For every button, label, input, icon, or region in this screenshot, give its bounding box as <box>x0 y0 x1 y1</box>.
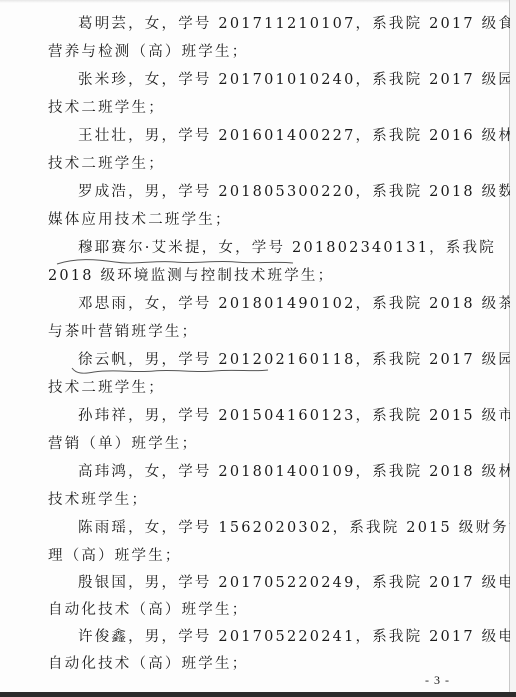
entry-5-line-1: 穆耶赛尔·艾米提，女，学号 201802340131，系我院 <box>78 238 496 258</box>
entry-2-line-2: 技术二班学生； <box>48 98 165 118</box>
entry-8-line-2: 营销（单）班学生； <box>48 434 198 454</box>
entry-7-line-1: 徐云帆，男，学号 201202160118，系我院 2017 级园艺 <box>78 350 516 370</box>
scan-right-margin <box>510 0 516 692</box>
entry-6-line-2: 与茶叶营销班学生； <box>48 322 198 342</box>
entry-5-line-2: 2018 级环境监测与控制技术班学生； <box>48 266 334 286</box>
entry-7-line-2: 技术二班学生； <box>48 378 165 398</box>
entry-10-line-1: 陈雨瑶，女，学号 1562020302，系我院 2015 级财务管 <box>78 518 516 538</box>
entry-12-line-1: 许俊鑫，男，学号 201705220241，系我院 2017 级电气 <box>78 627 516 647</box>
entry-4-line-1: 罗成浩，男，学号 201805300220，系我院 2018 级数字 <box>78 182 516 202</box>
entry-1-line-2: 营养与检测（高）班学生； <box>48 42 248 62</box>
entry-6-line-1: 邓思雨，女，学号 201801490102，系我院 2018 级茶艺 <box>78 294 516 314</box>
entry-1-line-1: 葛明芸，女，学号 201711210107，系我院 2017 级食品 <box>78 14 516 34</box>
entry-8-line-1: 孙玮祥，男，学号 201504160123，系我院 2015 级市场 <box>78 406 516 426</box>
entry-3-line-1: 王壮壮，男，学号 201601400227，系我院 2016 级林业 <box>78 126 516 146</box>
entry-12-line-2: 自动化技术（高）班学生； <box>48 654 248 674</box>
entry-9-line-2: 技术班学生； <box>48 490 148 510</box>
entry-11-line-1: 殷银国，男，学号 201705220249，系我院 2017 级电气 <box>78 573 516 593</box>
entry-3-line-2: 技术二班学生； <box>48 154 165 174</box>
entry-2-line-1: 张米珍，女，学号 201701010240，系我院 2017 级园林 <box>78 70 516 90</box>
page-number: - 3 - <box>425 673 450 688</box>
entry-11-line-2: 自动化技术（高）班学生； <box>48 600 248 620</box>
entry-10-line-2: 理（高）班学生； <box>48 546 182 566</box>
entry-4-line-2: 媒体应用技术二班学生； <box>48 210 232 230</box>
scan-bottom-edge <box>0 692 516 697</box>
scan-top-edge <box>0 0 509 3</box>
document-page: 葛明芸，女，学号 201711210107，系我院 2017 级食品 营养与检测… <box>0 0 510 692</box>
entry-9-line-1: 高玮鸿，女，学号 201801400109，系我院 2018 级林业 <box>78 462 516 482</box>
